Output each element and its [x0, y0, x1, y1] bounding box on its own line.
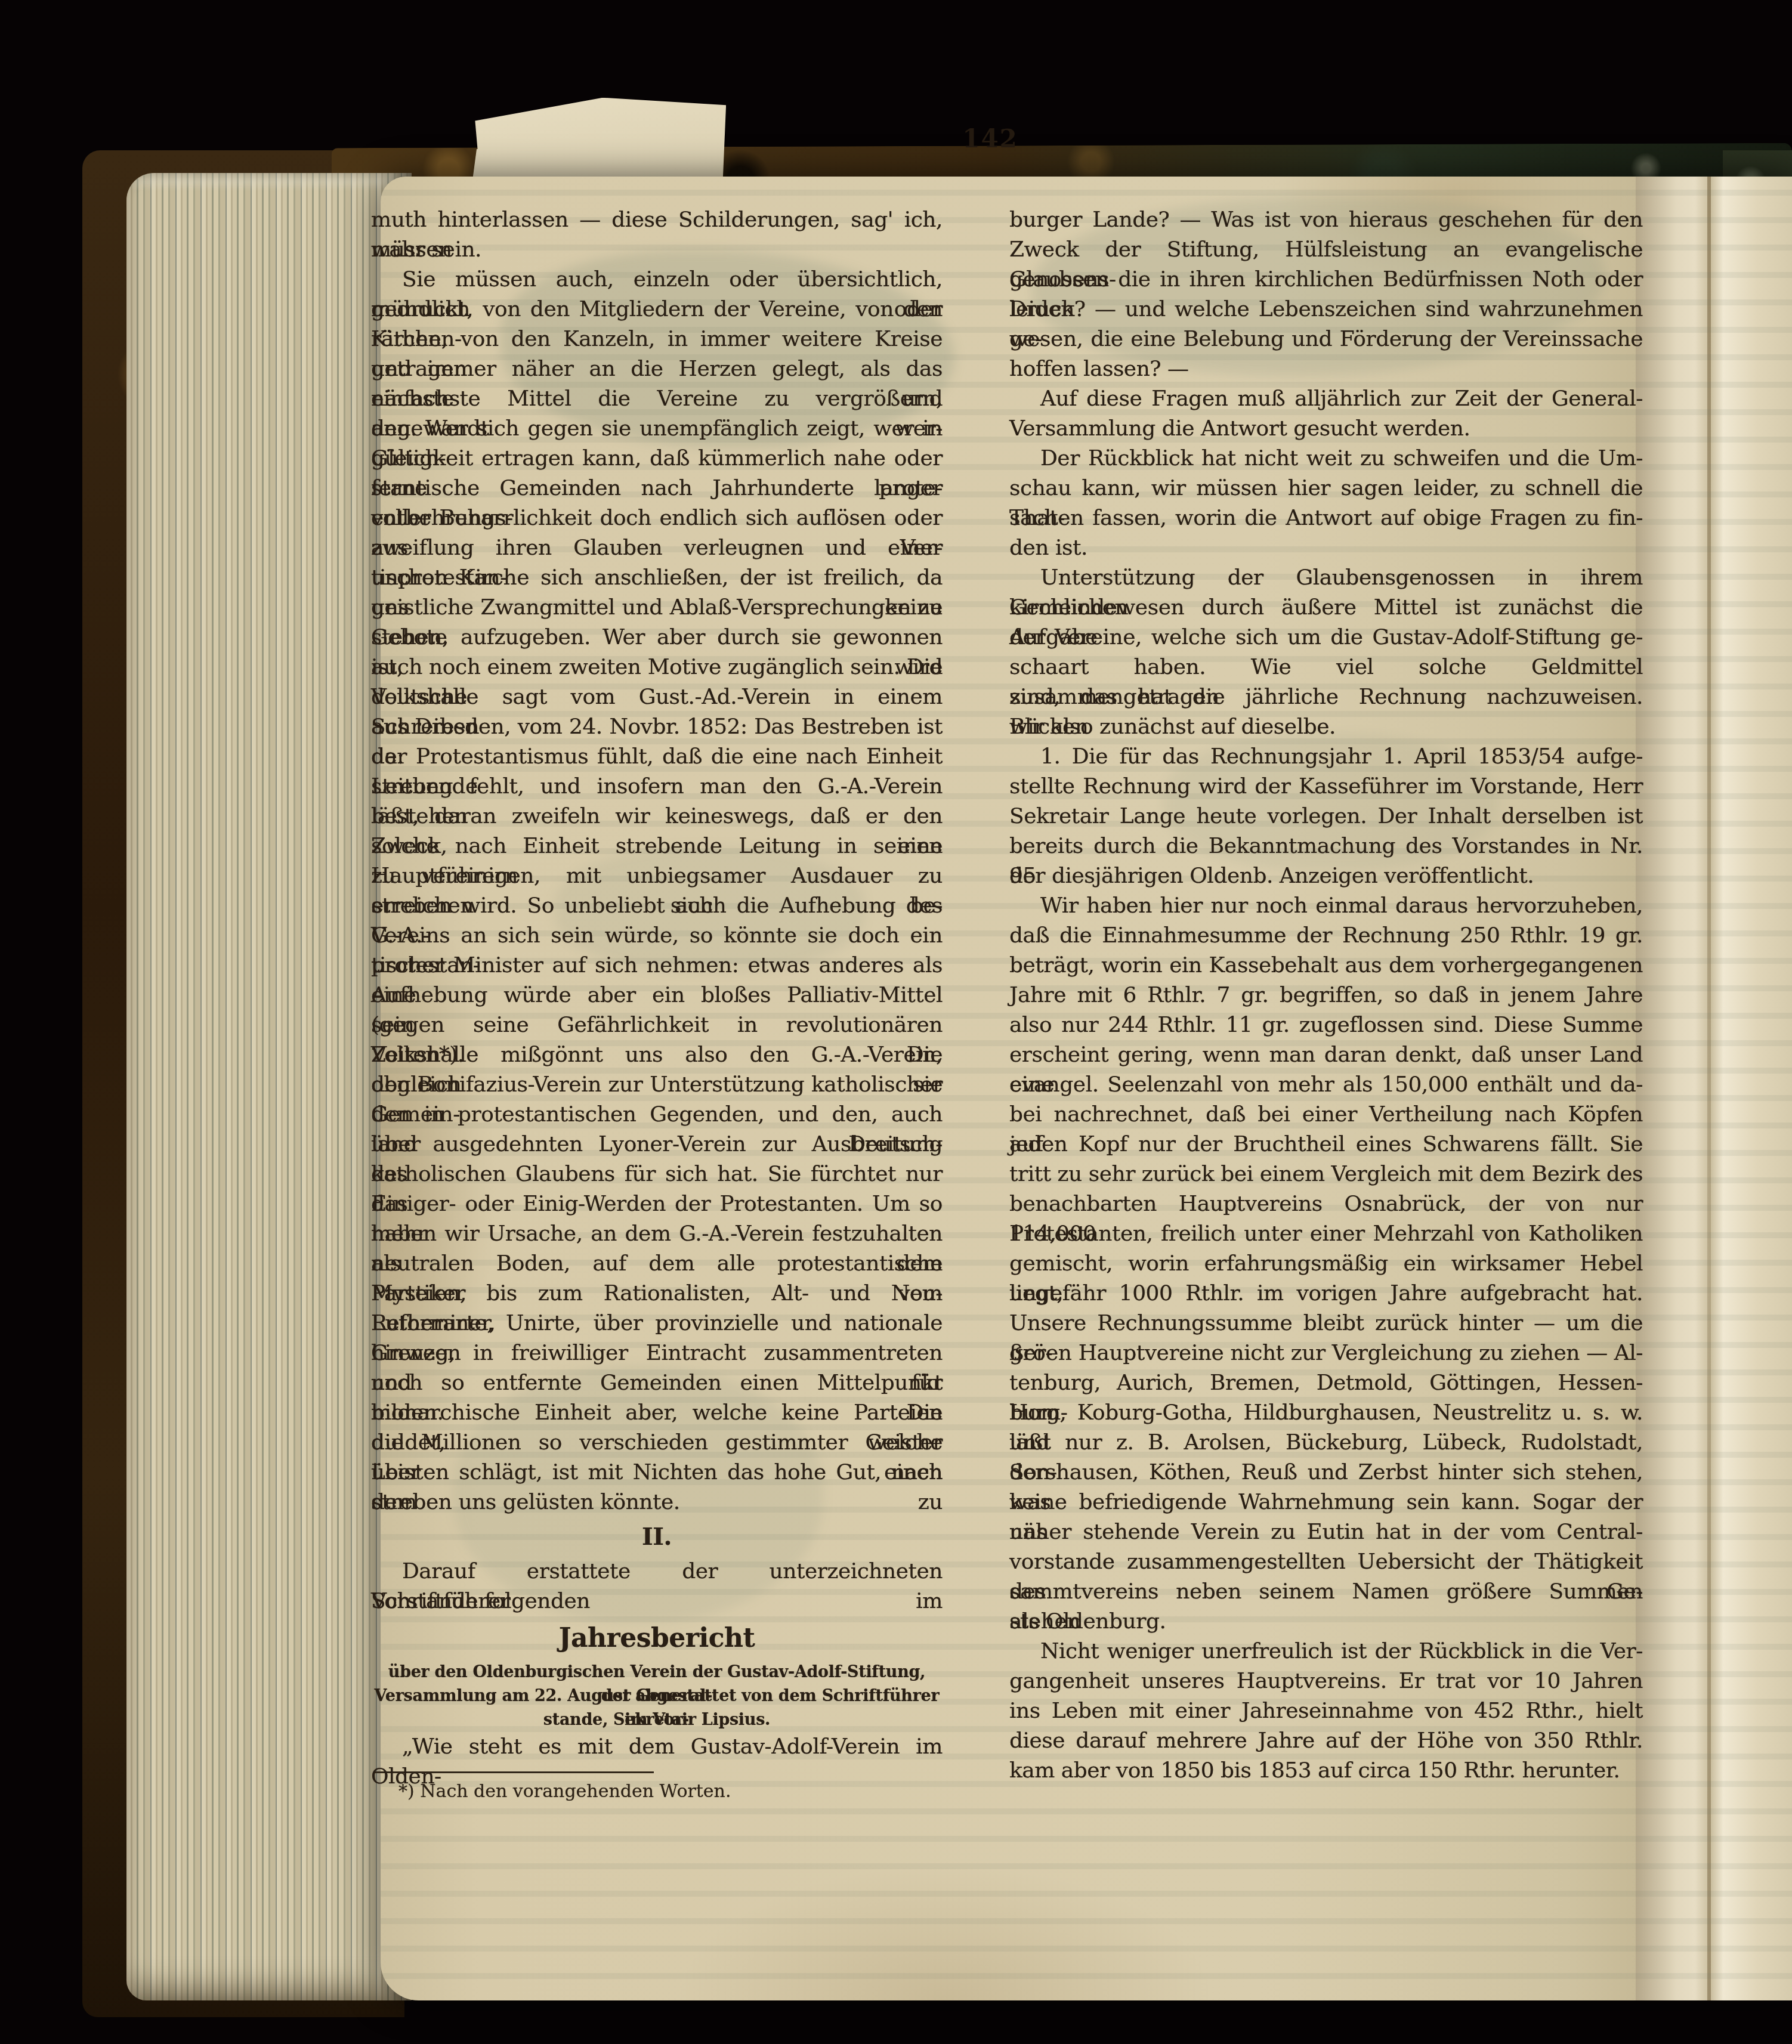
left-column-lines: muth hinterlassen — diese Schilderungen,… [371, 205, 943, 1762]
right-column-lines: burger Lande? — Was ist von hieraus gesc… [1009, 205, 1643, 1786]
text-line: schaart haben. Wie viel solche Geldmitte… [1009, 653, 1643, 682]
text-line: Einiger- oder Einig-Werden der Protestan… [371, 1189, 943, 1219]
text-line: hinweg, in freiwilliger Eintracht zusamm… [371, 1338, 943, 1368]
text-line: geistliche Zwangmittel und Ablaß-Verspre… [371, 593, 943, 623]
text-line: Wir haben hier nur noch einmal daraus he… [1009, 891, 1643, 921]
text-line: stehen, aufzugeben. Wer aber durch sie g… [371, 623, 943, 653]
text-line: Nicht weniger unerfreulich ist der Rückb… [1009, 1637, 1643, 1666]
text-line: Versammlung am 22. August abgestattet vo… [371, 1684, 943, 1708]
text-line: diese darauf mehrere Jahre auf der Höhe … [1009, 1726, 1643, 1756]
text-line: aus Dresden, vom 24. Novbr. 1852: Das Be… [371, 712, 943, 742]
text-line: genossen die in ihren kirchlichen Bedürf… [1009, 265, 1643, 295]
text-line: ungefähr 1000 Rthlr. im vorigen Jahre au… [1009, 1279, 1643, 1309]
text-line: tischen Kirche sich anschließen, der ist… [371, 563, 943, 593]
text-line: gangenheit unseres Hauptvereins. Er trat… [1009, 1666, 1643, 1696]
text-line: wesen, die eine Belebung und Förderung d… [1009, 324, 1643, 354]
text-line: einfachste Mittel die Vereine zu vergröß… [371, 384, 943, 414]
text-line: gedruckt, von den Mitgliedern der Verein… [371, 295, 943, 324]
text-line: den Bonifazius-Verein zur Unterstützung … [371, 1070, 943, 1100]
text-line: stellte Rechnung wird der Kasseführer im… [1009, 772, 1643, 802]
text-line: schau kann, wir müssen hier sagen leider… [1009, 474, 1643, 503]
text-line: daß die Einnahmesumme der Rechnung 250 R… [1009, 921, 1643, 951]
text-line: sammtvereins neben seinem Namen größere … [1009, 1577, 1643, 1607]
text-line: zweiflung ihren Glauben verleugnen und e… [371, 533, 943, 563]
text-line: läßt nur z. B. Arolsen, Bückeburg, Lübec… [1009, 1428, 1643, 1458]
text-line: burger Lande? — Was ist von hieraus gesc… [1009, 205, 1643, 235]
text-line: muth hinterlassen — diese Schilderungen,… [371, 205, 943, 235]
text-line: tritt zu sehr zurück bei einem Vergleich… [1009, 1159, 1643, 1189]
text-line: streben wird. So unbeliebt auch die Aufh… [371, 891, 943, 921]
page-number: 142 [919, 124, 1062, 153]
text-line: läßt, daran zweifeln wir keineswegs, daß… [371, 802, 943, 831]
text-line: benachbarten Hauptvereins Osnabrück, der… [1009, 1189, 1643, 1219]
text-line: wir also zunächst auf dieselbe. [1009, 712, 1643, 742]
text-line: Versammlung die Antwort gesucht werden. [1009, 414, 1643, 444]
text-line: Volkshalle mißgönnt uns also den G.-A.-V… [371, 1040, 943, 1070]
text-line: solche nach Einheit strebende Leitung in… [371, 831, 943, 861]
text-line: Volkshalle sagt vom Gust.-Ad.-Verein in … [371, 682, 943, 712]
text-line: Mystiker bis zum Rationalisten, Alt- und… [371, 1279, 943, 1309]
text-line: evangel. Seelenzahl von mehr als 150,000… [1009, 1070, 1643, 1100]
text-line: stantische Gemeinden nach Jahrhunderte l… [371, 474, 943, 503]
text-line: noch so entfernte Gemeinden einen Mittel… [371, 1368, 943, 1398]
text-line: 1. Die für das Rechnungsjahr 1. April 18… [1009, 742, 1643, 772]
text-line: Protestanten, freilich unter einer Mehrz… [1009, 1219, 1643, 1249]
text-line: die Millionen so verschieden gestimmter … [371, 1428, 943, 1458]
text-line: beträgt, worin ein Kassebehalt aus dem v… [1009, 951, 1643, 981]
text-line: (gegen seine Gefährlichkeit in revolutio… [371, 1010, 943, 1040]
page-edge-stack [126, 173, 412, 2000]
text-line: sind, das hat die jährliche Rechnung nac… [1009, 682, 1643, 712]
text-line: ins Leben mit einer Jahreseinnahme von 4… [1009, 1696, 1643, 1726]
text-line: leiden? — und welche Lebenszeichen sind … [1009, 295, 1643, 324]
text-line: gültigkeit ertragen kann, daß kümmerlich… [371, 444, 943, 474]
text-line: den ist. [1009, 533, 1643, 563]
text-line: sachen fassen, worin die Antwort auf obi… [1009, 503, 1643, 533]
text-line: den. Wer sich gegen sie unempfänglich ze… [371, 414, 943, 444]
text-line: Jahresbericht [371, 1616, 943, 1660]
text-line: kam aber von 1850 bis 1853 auf circa 150… [1009, 1756, 1643, 1786]
text-line: Sekretair Lange heute vorlegen. Der Inha… [1009, 802, 1643, 831]
text-line: burg, Koburg-Gotha, Hildburghausen, Neus… [1009, 1398, 1643, 1428]
text-line: Zweck der Stiftung, Hülfsleistung an eva… [1009, 235, 1643, 265]
text-line: über den Oldenburgischen Verein der Gust… [371, 1660, 943, 1684]
text-line: neutralen Boden, auf dem alle protestant… [371, 1249, 943, 1279]
text-line: Reformirte, Unirte, über provinzielle un… [371, 1309, 943, 1338]
text-line: voller Beharrlichkeit doch endlich sich … [371, 503, 943, 533]
text-line: gemischt, worin erfahrungsmäßig ein wirk… [1009, 1249, 1643, 1279]
text-line: näher stehende Verein zu Eutin hat in de… [1009, 1517, 1643, 1547]
text-line: Jahre mit 6 Rthlr. 7 gr. begriffen, so d… [1009, 981, 1643, 1010]
text-line: und immer näher an die Herzen gelegt, al… [371, 354, 943, 384]
text-line: wahr sein. [371, 235, 943, 265]
text-line: land ausgedehnten Lyoner-Verein zur Ausb… [371, 1130, 943, 1159]
text-line: Gemeindewesen durch äußere Mittel ist zu… [1009, 593, 1643, 623]
text-line: haben wir Ursache, an dem G.-A.-Verein f… [371, 1219, 943, 1249]
text-line: auch noch einem zweiten Motive zugänglic… [371, 653, 943, 682]
text-line: II. [371, 1517, 943, 1557]
text-line: erscheint gering, wenn man daran denkt, … [1009, 1040, 1643, 1070]
text-line: „Wie steht es mit dem Gustav-Adolf-Verei… [371, 1732, 943, 1762]
text-line: Leisten schlägt, ist mit Nichten das hoh… [371, 1458, 943, 1488]
text-line: jeden Kopf nur der Bruchtheil eines Schw… [1009, 1130, 1643, 1159]
text-line: tischer Minister auf sich nehmen: etwas … [371, 951, 943, 981]
text-line: Der Rückblick hat nicht weit zu schweife… [1009, 444, 1643, 474]
gutter-crease-line [1707, 177, 1711, 2000]
text-line: Unsere Rechnungssumme bleibt zurück hint… [1009, 1309, 1643, 1338]
text-line: keine befriedigende Wahrnehmung sein kan… [1009, 1488, 1643, 1517]
text-line: also nur 244 Rthlr. 11 gr. zugeflossen s… [1009, 1010, 1643, 1040]
text-line: den in protestantischen Gegenden, und de… [371, 1100, 943, 1130]
text-line: Vereins an sich sein würde, so könnte si… [371, 921, 943, 951]
text-line: zu vereinigen, mit unbiegsamer Ausdauer … [371, 861, 943, 891]
right-text-column: burger Lande? — Was ist von hieraus gesc… [1009, 205, 1643, 1786]
text-line: Auf diese Fragen muß alljährlich zur Zei… [1009, 384, 1643, 414]
text-line: der Protestantismus fühlt, daß die eine … [371, 742, 943, 772]
text-line: der diesjährigen Oldenb. Anzeigen veröff… [1009, 861, 1643, 891]
text-line: dershausen, Köthen, Reuß und Zerbst hint… [1009, 1458, 1643, 1488]
footnote-text: *) Nach den vorangehenden Worten. [371, 1779, 943, 1804]
text-line: tenburg, Aurich, Bremen, Detmold, Göttin… [1009, 1368, 1643, 1398]
text-line: Sie müssen auch, einzeln oder übersichtl… [371, 265, 943, 295]
text-line: vorstande zusammengestellten Uebersicht … [1009, 1547, 1643, 1577]
text-line: bereits durch die Bekanntmachung des Vor… [1009, 831, 1643, 861]
left-text-column: muth hinterlassen — diese Schilderungen,… [371, 205, 943, 1804]
text-line: Darauf erstattete der unterzeichneten Sc… [371, 1557, 943, 1587]
text-line: monarchische Einheit aber, welche keine … [371, 1398, 943, 1428]
text-line: hoffen lassen? — [1009, 354, 1643, 384]
text-line: Aufhebung würde aber ein bloßes Palliati… [371, 981, 943, 1010]
text-line: der Vereine, welche sich um die Gustav-A… [1009, 623, 1643, 653]
text-line: Unterstützung der Glaubensgenossen in ih… [1009, 563, 1643, 593]
scanned-book-page: 142 muth hinterlassen — diese Schilderun… [0, 0, 1792, 2044]
page-gutter-fold [1636, 177, 1792, 2000]
text-line: stande, Sekretair Lipsius. [371, 1708, 943, 1732]
text-line: räthen, von den Kanzeln, in immer weiter… [371, 324, 943, 354]
text-line: Leitung fehlt, und insofern man den G.-A… [371, 772, 943, 802]
text-line: bei nachrechnet, daß bei einer Vertheilu… [1009, 1100, 1643, 1130]
text-line: ßeren Hauptvereine nicht zur Vergleichun… [1009, 1338, 1643, 1368]
text-line: als Oldenburg. [1009, 1607, 1643, 1637]
text-line: katholischen Glaubens für sich hat. Sie … [371, 1159, 943, 1189]
